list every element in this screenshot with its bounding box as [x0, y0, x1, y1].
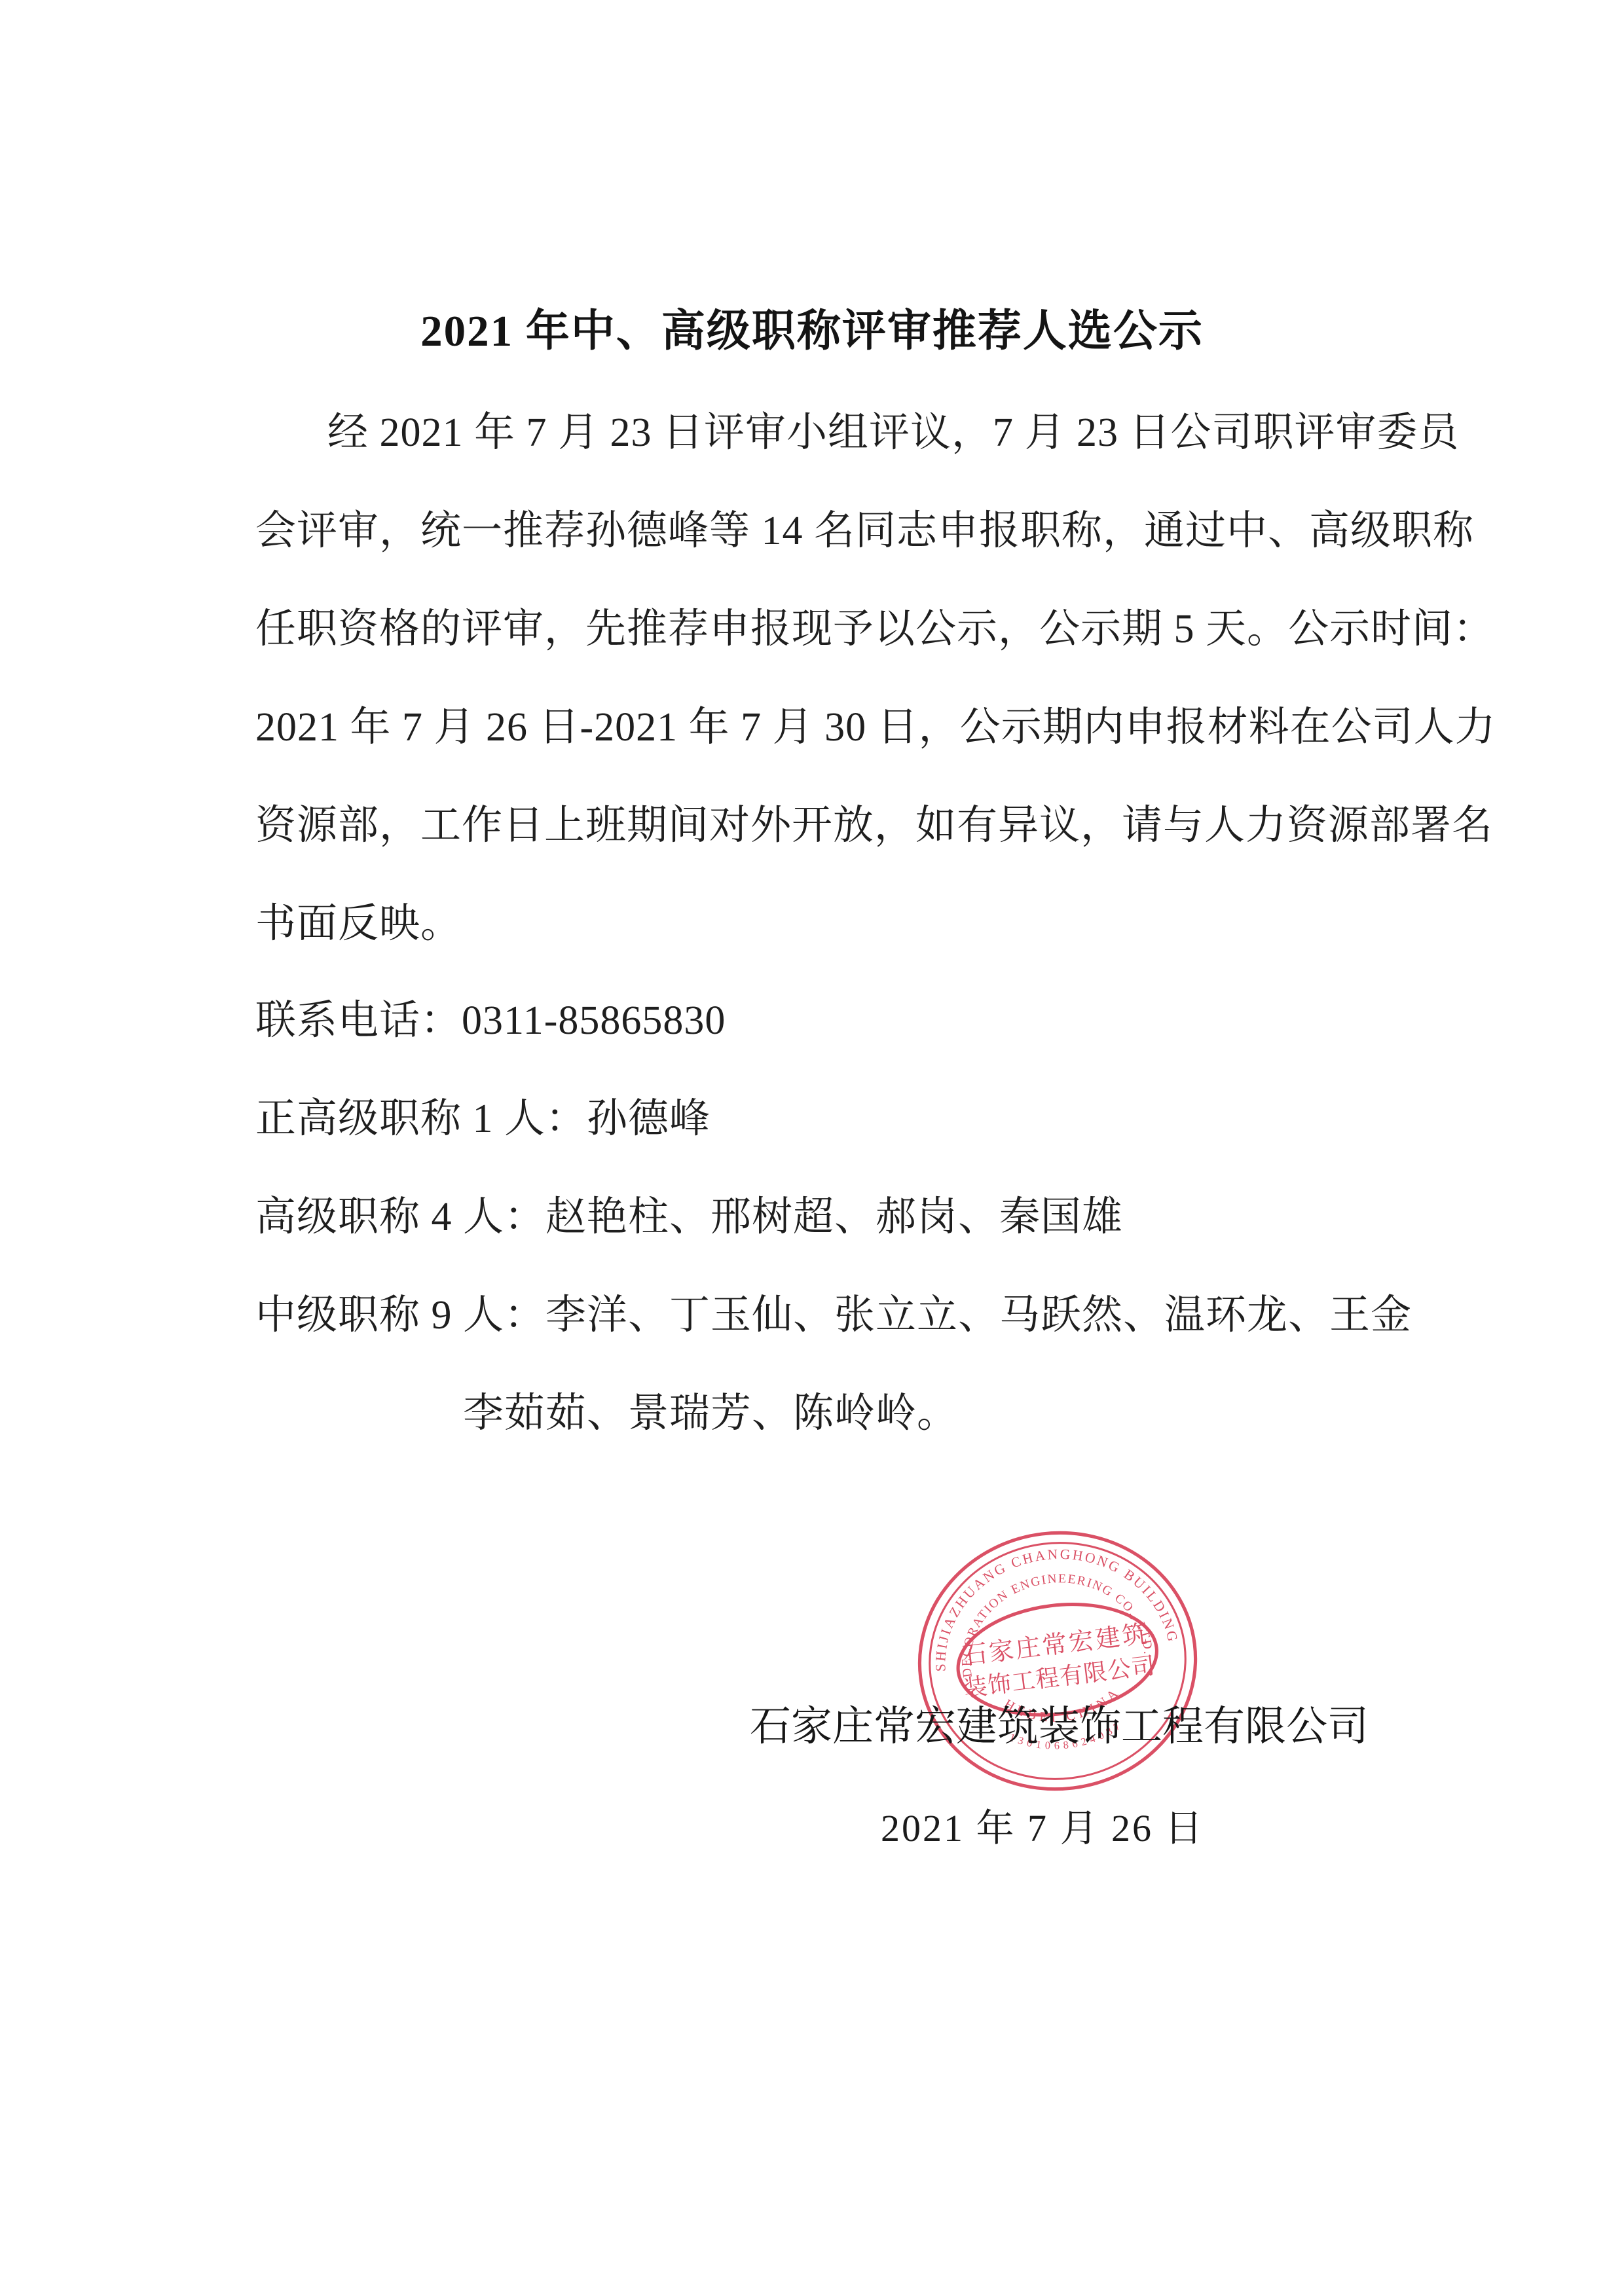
body-line-6: 书面反映。 [255, 903, 462, 944]
body-line-2: 会评审，统一推荐孙德峰等 14 名同志申报职称，通过中、高级职称 [255, 511, 1474, 551]
list-line-senior-plus: 正高级职称 1 人：孙德峰 [255, 1099, 710, 1139]
list-line-mid-cont: 李茹茹、景瑞芳、陈岭岭。 [463, 1393, 958, 1434]
body-line-4: 2021 年 7 月 26 日-2021 年 7 月 30 日，公示期内申报材料… [255, 707, 1496, 748]
signature-date: 2021 年 7 月 26 日 [881, 1810, 1205, 1848]
body-line-5: 资源部，工作日上班期间对外开放，如有异议，请与人力资源部署名 [255, 805, 1493, 846]
body-line-1: 经 2021 年 7 月 23 日评审小组评议，7 月 23 日公司职评审委员 [327, 412, 1460, 453]
signature-company-name: 石家庄常宏建筑装饰工程有限公司 [750, 1706, 1369, 1747]
document-page: 2021 年中、高级职称评审推荐人选公示 经 2021 年 7 月 23 日评审… [0, 0, 1624, 2296]
company-seal: SHIJIAZHUANG CHANGHONG BUILDING DECORATI… [898, 1510, 1217, 1812]
contact-phone-line: 联系电话：0311-85865830 [255, 1000, 726, 1041]
body-line-3: 任职资格的评审，先推荐申报现予以公示，公示期 5 天。公示时间： [255, 609, 1494, 649]
list-line-senior: 高级职称 4 人：赵艳柱、邢树超、郝岗、秦国雄 [255, 1197, 1123, 1237]
list-line-mid: 中级职称 9 人：李洋、丁玉仙、张立立、马跃然、温环龙、王金 [255, 1295, 1412, 1336]
document-title: 2021 年中、高级职称评审推荐人选公示 [0, 296, 1624, 359]
